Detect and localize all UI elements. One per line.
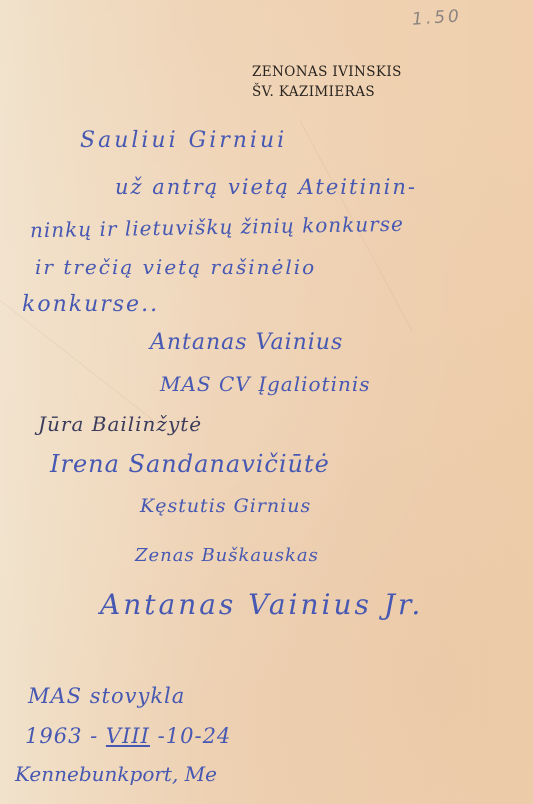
dedication-line: ir trečią vietą rašinėlio xyxy=(35,255,316,279)
signature: Kęstutis Girnius xyxy=(140,495,311,517)
dedication-line: ninkų ir lietuviškų žinių konkurse xyxy=(30,212,404,243)
signature: Antanas Vainius Jr. xyxy=(100,588,423,621)
date-year: 1963 - xyxy=(25,724,98,748)
signature: Irena Sandanavičiūtė xyxy=(50,450,330,478)
signature: Jūra Bailinžytė xyxy=(38,412,202,436)
printed-header: ZENONAS IVINSKIS ŠV. KAZIMIERAS xyxy=(252,62,402,102)
place-line: MAS stovykla xyxy=(28,684,185,708)
signature-title: MAS CV Įgaliotinis xyxy=(160,372,371,396)
book-author: ZENONAS IVINSKIS xyxy=(252,62,402,82)
date-line: 1963 - VIII -10-24 xyxy=(25,724,231,748)
paper-crease xyxy=(0,300,158,424)
location-line: Kennebunkport, Me xyxy=(15,762,217,786)
dedication-line: konkurse.. xyxy=(22,292,159,317)
date-month: VIII xyxy=(106,724,150,748)
book-title: ŠV. KAZIMIERAS xyxy=(252,82,402,102)
dedication-line: Sauliui Girniui xyxy=(80,128,287,153)
book-page: 1.50 ZENONAS IVINSKIS ŠV. KAZIMIERAS Sau… xyxy=(0,0,533,804)
signature: Antanas Vainius xyxy=(150,330,343,355)
date-days: -10-24 xyxy=(158,724,232,748)
signature: Zenas Buškauskas xyxy=(135,545,319,566)
pencil-price-note: 1.50 xyxy=(411,6,462,29)
dedication-line: už antrą vietą Ateitinin- xyxy=(115,175,417,199)
